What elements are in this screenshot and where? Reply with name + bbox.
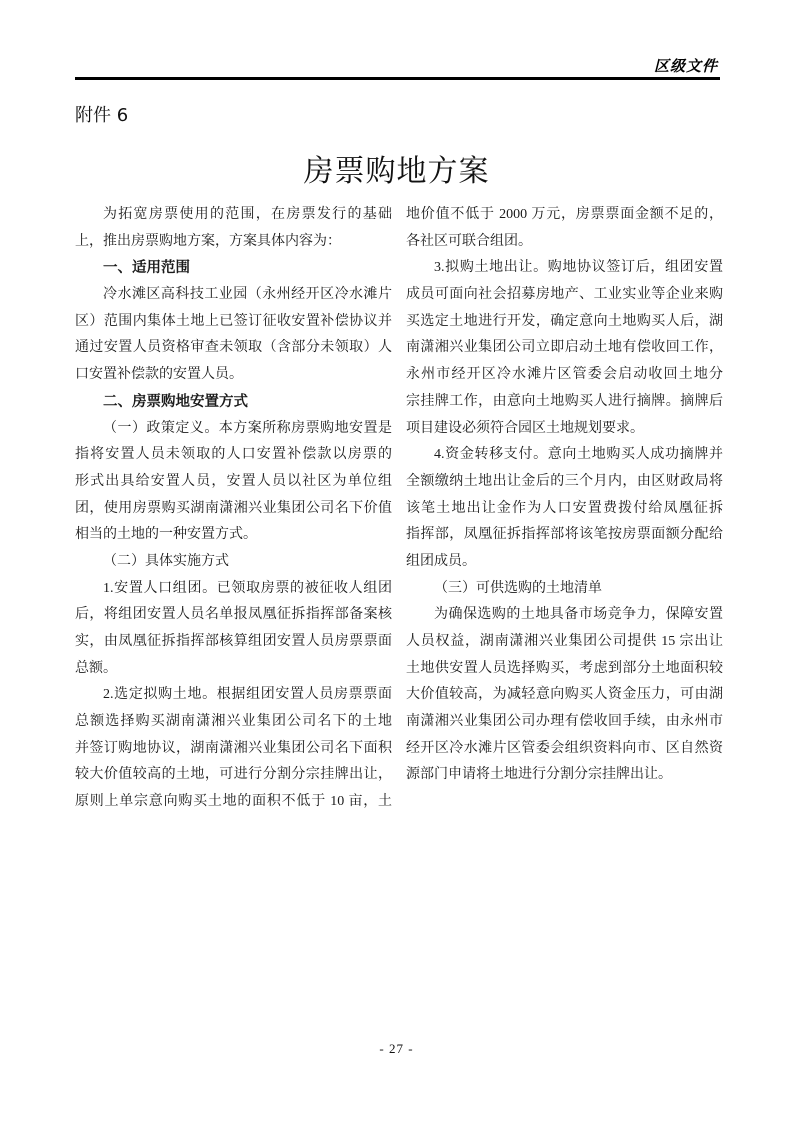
attachment-label: 附件 6 <box>75 101 128 127</box>
text-line: 土地供安置人员选择购买，考虑到部分土地面积较 <box>406 656 723 683</box>
right-column: 地价值不低于 2000 万元，房票票面金额不足的，各社区可联合组团。3.拟购土地… <box>406 202 723 816</box>
left-column: 为拓宽房票使用的范围，在房票发行的基础上，推出房票购地方案，方案具体内容为：一、… <box>75 202 392 816</box>
document-title: 房票购地方案 <box>0 146 793 190</box>
text-line: 并签订购地协议，湖南潇湘兴业集团公司名下面积 <box>75 736 392 763</box>
text-line: （三）可供选购的土地清单 <box>406 576 723 603</box>
text-line: 该笔土地出让金作为人口安置费拨付给凤凰征拆 <box>406 496 723 523</box>
text-line: 3.拟购土地出让。购地协议签订后，组团安置 <box>406 255 723 282</box>
text-line: 为确保选购的土地具备市场竞争力，保障安置 <box>406 602 723 629</box>
header-rule <box>75 77 720 80</box>
text-line: 口安置补偿款的安置人员。 <box>75 362 392 389</box>
text-line: 南潇湘兴业集团公司办理有偿收回手续，由永州市 <box>406 709 723 736</box>
text-line: 组团成员。 <box>406 549 723 576</box>
text-line: （一）政策定义。本方案所称房票购地安置是 <box>75 416 392 443</box>
text-line: 各社区可联合组团。 <box>406 229 723 256</box>
text-line: 后，将组团安置人员名单报凤凰征拆指挥部备案核 <box>75 602 392 629</box>
text-line: 较大价值较高的土地，可进行分割分宗挂牌出让， <box>75 762 392 789</box>
text-line: 冷水滩区高科技工业园（永州经开区冷水滩片 <box>75 282 392 309</box>
text-line: 项目建设必须符合园区土地规划要求。 <box>406 416 723 443</box>
text-line: 团，使用房票购买湖南潇湘兴业集团公司名下价值 <box>75 496 392 523</box>
text-line: 总额选择购买湖南潇湘兴业集团公司名下的土地 <box>75 709 392 736</box>
text-line: 指挥部，凤凰征拆指挥部将该笔按房票面额分配给 <box>406 522 723 549</box>
text-line: 原则上单宗意向购买土地的面积不低于 10 亩，土 <box>75 789 392 816</box>
text-line: 二、房票购地安置方式 <box>75 389 392 416</box>
text-line: 买选定土地进行开发，确定意向土地购买人后，湖 <box>406 309 723 336</box>
text-line: 一、适用范围 <box>75 255 392 282</box>
text-line: 地价值不低于 2000 万元，房票票面金额不足的， <box>406 202 723 229</box>
text-line: 源部门申请将土地进行分割分宗挂牌出让。 <box>406 762 723 789</box>
header-classification-label: 区级文件 <box>654 55 718 76</box>
text-line: 形式出具给安置人员，安置人员以社区为单位组 <box>75 469 392 496</box>
text-line: 全额缴纳土地出让金后的三个月内，由区财政局将 <box>406 469 723 496</box>
text-line: 2.选定拟购土地。根据组团安置人员房票票面 <box>75 682 392 709</box>
text-line: 实，由凤凰征拆指挥部核算组团安置人员房票票面 <box>75 629 392 656</box>
text-line: 1.安置人口组团。已领取房票的被征收人组团 <box>75 576 392 603</box>
text-line: 通过安置人员资格审查未领取（含部分未领取）人 <box>75 335 392 362</box>
text-line: 经开区冷水滩片区管委会组织资料向市、区自然资 <box>406 736 723 763</box>
text-line: 成员可面向社会招募房地产、工业实业等企业来购 <box>406 282 723 309</box>
text-line: 4.资金转移支付。意向土地购买人成功摘牌并 <box>406 442 723 469</box>
text-line: 南潇湘兴业集团公司立即启动土地有偿收回工作， <box>406 335 723 362</box>
text-line: 指将安置人员未领取的人口安置补偿款以房票的 <box>75 442 392 469</box>
text-line: 为拓宽房票使用的范围，在房票发行的基础 <box>75 202 392 229</box>
body-columns: 为拓宽房票使用的范围，在房票发行的基础上，推出房票购地方案，方案具体内容为：一、… <box>75 202 723 816</box>
text-line: 区）范围内集体土地上已签订征收安置补偿协议并 <box>75 309 392 336</box>
text-line: 总额。 <box>75 656 392 683</box>
text-line: 上，推出房票购地方案，方案具体内容为： <box>75 229 392 256</box>
text-line: 宗挂牌工作，由意向土地购买人进行摘牌。摘牌后 <box>406 389 723 416</box>
document-page: 区级文件 附件 6 房票购地方案 为拓宽房票使用的范围，在房票发行的基础上，推出… <box>0 0 793 1122</box>
text-line: 相当的土地的一种安置方式。 <box>75 522 392 549</box>
text-line: 永州市经开区冷水滩片区管委会启动收回土地分 <box>406 362 723 389</box>
text-line: 大价值较高，为减轻意向购买人资金压力，可由湖 <box>406 682 723 709</box>
page-number: - 27 - <box>0 1041 793 1057</box>
text-line: 人员权益，湖南潇湘兴业集团公司提供 15 宗出让 <box>406 629 723 656</box>
text-line: （二）具体实施方式 <box>75 549 392 576</box>
